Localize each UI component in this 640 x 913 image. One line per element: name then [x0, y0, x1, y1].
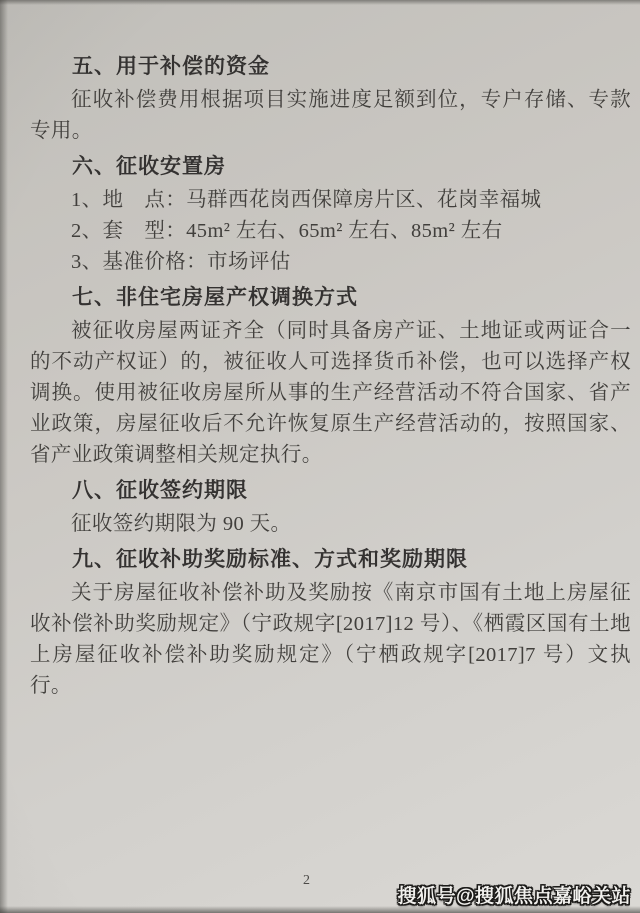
section-heading-resettlement-housing: 六、征收安置房 [30, 151, 631, 182]
paragraph-nonresidential-exchange: 被征收房屋两证齐全（同时具备房产证、土地证或两证合一的不动产权证）的，被征收人可… [30, 316, 631, 471]
document-body: 五、用于补偿的资金 征收补偿费用根据项目实施进度足额到位，专户存储、专款专用。 … [30, 47, 631, 702]
list-item-base-price: 3、基准价格：市场评估 [30, 247, 631, 278]
page-number: 2 [303, 873, 310, 889]
scan-edge-left [0, 0, 8, 913]
paragraph-subsidy-reward: 关于房屋征收补偿补助及奖励按《南京市国有土地上房屋征收补偿补助奖励规定》（宁政规… [30, 578, 631, 702]
paragraph-funds: 征收补偿费用根据项目实施进度足额到位，专户存储、专款专用。 [30, 85, 631, 147]
scan-edge-top [0, 0, 640, 5]
list-item-location: 1、地 点：马群西花岗西保障房片区、花岗幸福城 [30, 185, 631, 216]
paragraph-signing-period: 征收签约期限为 90 天。 [30, 509, 631, 540]
section-heading-signing-period: 八、征收签约期限 [30, 475, 631, 506]
section-heading-subsidy-reward: 九、征收补助奖励标准、方式和奖励期限 [30, 544, 631, 575]
list-item-unit-types: 2、套 型：45m² 左右、65m² 左右、85m² 左右 [30, 216, 631, 247]
section-heading-nonresidential-exchange: 七、非住宅房屋产权调换方式 [30, 282, 631, 313]
watermark: 搜狐号@搜狐焦点嘉峪关站 [397, 881, 631, 908]
scanned-document-page: 五、用于补偿的资金 征收补偿费用根据项目实施进度足额到位，专户存储、专款专用。 … [0, 0, 640, 913]
section-heading-funds: 五、用于补偿的资金 [30, 51, 631, 82]
